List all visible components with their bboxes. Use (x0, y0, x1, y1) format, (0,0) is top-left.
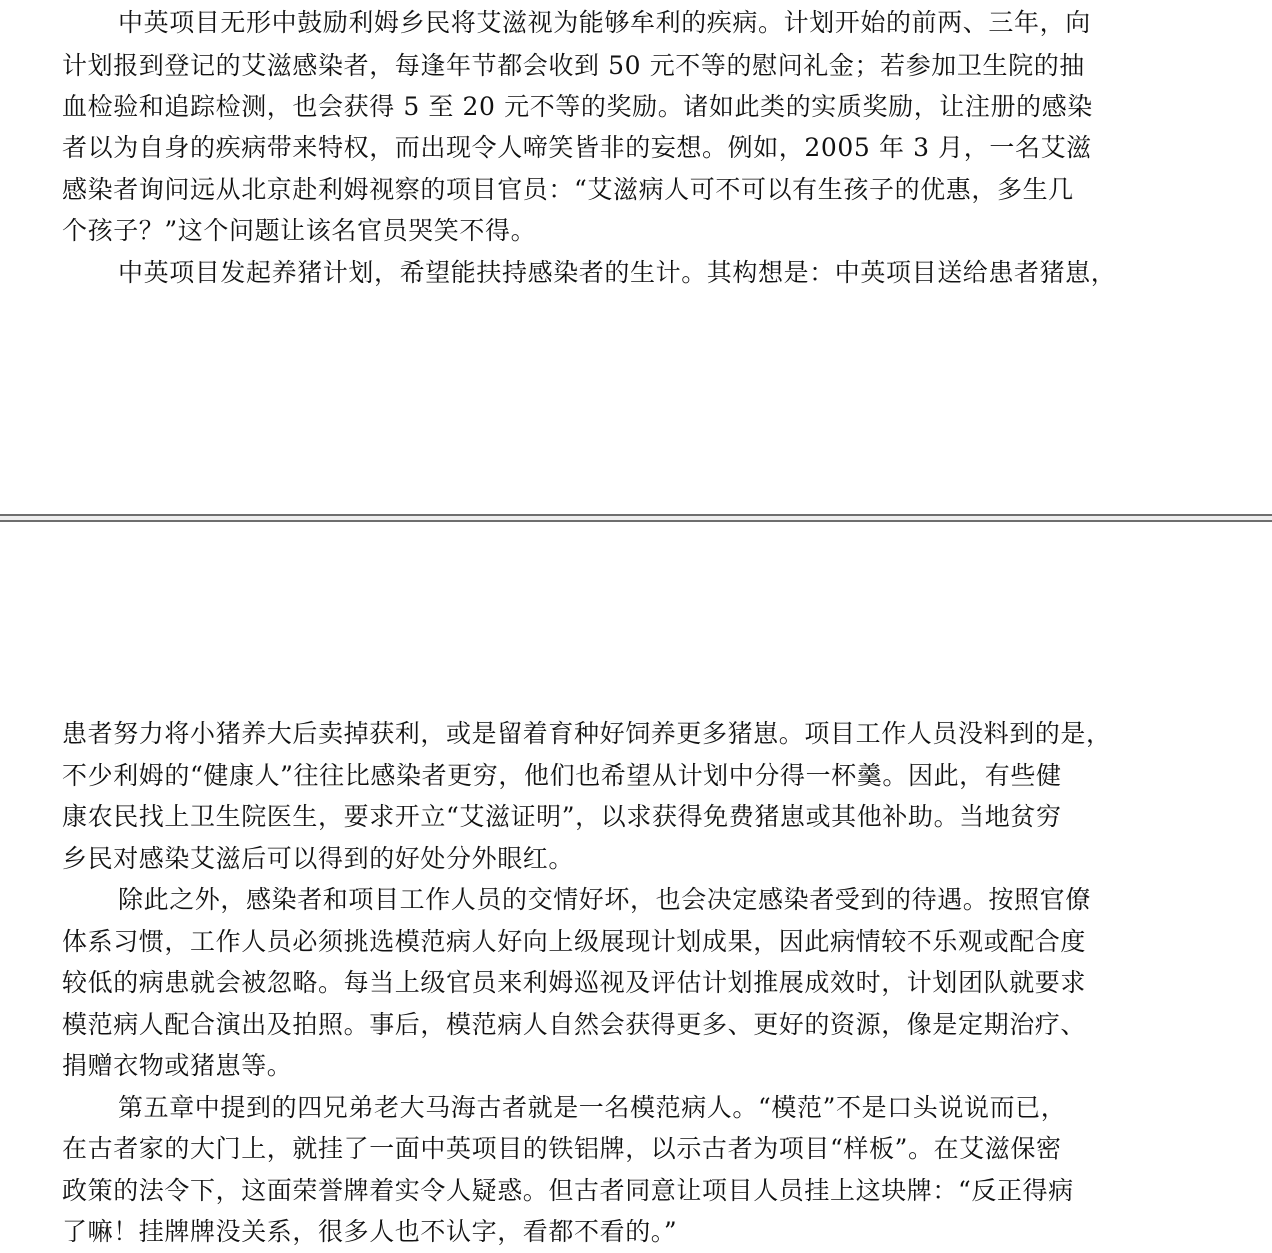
page-break-separator (0, 514, 1272, 522)
paragraph-line: 政策的法令下，这面荣誉牌着实令人疑惑。但古者同意让项目人员挂上这块牌：“反正得病 (62, 1170, 1162, 1211)
paragraph-line: 在古者家的大门上，就挂了一面中英项目的铁铝牌，以示古者为项目“样板”。在艾滋保密 (62, 1128, 1162, 1169)
paragraph-line: 计划报到登记的艾滋感染者，每逢年节都会收到 50 元不等的慰问礼金；若参加卫生院… (62, 45, 1162, 86)
paragraph-line: 康农民找上卫生院医生，要求开立“艾滋证明”，以求获得免费猪崽或其他补助。当地贫穷 (62, 796, 1162, 837)
paragraph-line: 除此之外，感染者和项目工作人员的交情好坏，也会决定感染者受到的待遇。按照官僚 (118, 879, 1162, 920)
paragraph-line: 模范病人配合演出及拍照。事后，模范病人自然会获得更多、更好的资源，像是定期治疗、 (62, 1004, 1162, 1045)
paragraph-line: 个孩子？”这个问题让该名官员哭笑不得。 (62, 210, 1162, 251)
paragraph-line: 乡民对感染艾滋后可以得到的好处分外眼红。 (62, 838, 1162, 879)
paragraph-line: 较低的病患就会被忽略。每当上级官员来利姆巡视及评估计划推展成效时，计划团队就要求 (62, 962, 1162, 1003)
document-page-bottom: 患者努力将小猪养大后卖掉获利，或是留着育种好饲养更多猪崽。项目工作人员没料到的是… (0, 522, 1272, 1253)
paragraph-line: 感染者询问远从北京赴利姆视察的项目官员：“艾滋病人可不可以有生孩子的优惠，多生几 (62, 169, 1162, 210)
paragraph-line: 血检验和追踪检测，也会获得 5 至 20 元不等的奖励。诸如此类的实质奖励，让注… (62, 86, 1162, 127)
paragraph-line: 中英项目无形中鼓励利姆乡民将艾滋视为能够牟利的疾病。计划开始的前两、三年，向 (118, 2, 1162, 43)
paragraph-line: 第五章中提到的四兄弟老大马海古者就是一名模范病人。“模范”不是口头说说而已， (118, 1087, 1162, 1128)
document-page-top: 中英项目无形中鼓励利姆乡民将艾滋视为能够牟利的疾病。计划开始的前两、三年，向 计… (0, 0, 1272, 514)
paragraph-line: 体系习惯，工作人员必须挑选模范病人好向上级展现计划成果，因此病情较不乐观或配合度 (62, 921, 1162, 962)
paragraph-line: 患者努力将小猪养大后卖掉获利，或是留着育种好饲养更多猪崽。项目工作人员没料到的是… (62, 713, 1162, 754)
paragraph-line: 中英项目发起养猪计划，希望能扶持感染者的生计。其构想是：中英项目送给患者猪崽， (118, 252, 1162, 293)
paragraph-line: 不少利姆的“健康人”往往比感染者更穷，他们也希望从计划中分得一杯羹。因此，有些健 (62, 755, 1162, 796)
paragraph-line: 捐赠衣物或猪崽等。 (62, 1045, 1162, 1086)
paragraph-line: 者以为自身的疾病带来特权，而出现令人啼笑皆非的妄想。例如，2005 年 3 月，… (62, 127, 1162, 168)
paragraph-line: 了嘛！挂牌牌没关系，很多人也不认字，看都不看的。” (62, 1211, 1162, 1252)
